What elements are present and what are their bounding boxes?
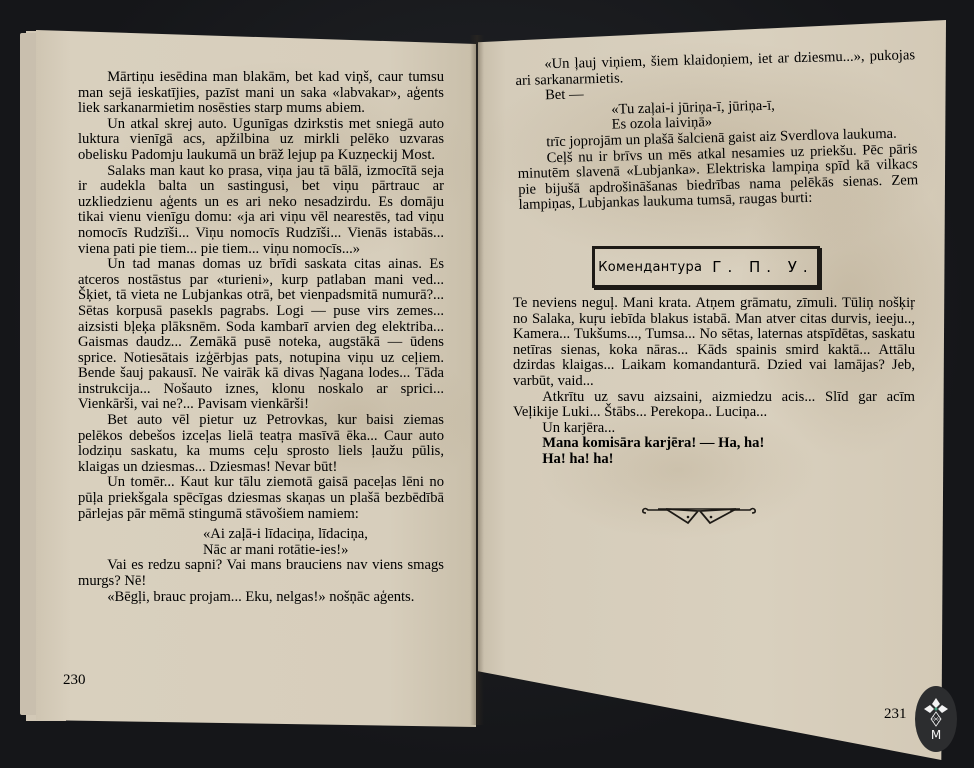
paragraph: Salaks man kaut ko prasa, viņa jau tā bā… [78,164,444,258]
paragraph: Bet auto vēl pietur uz Petrovkas, kur ba… [78,413,444,475]
watermark-letter: M [931,728,941,742]
flower-diamond-logo-icon: M [921,694,951,744]
paragraph: Un tomēr... Kaut kur tālu ziemotā gaisā … [78,475,444,522]
page-number-left: 230 [63,672,86,689]
paragraph: Mana komisāra karjēra! — Ha, ha! [513,436,915,452]
right-page-text-top: «Un ļauj viņiem, šiem klaidoņiem, iet ar… [515,48,919,214]
right-page-text-bottom: Te neviens neguļ. Mani krata. Atņem grām… [513,296,915,468]
paragraph: Un tad manas domas uz brīdi saskata cita… [78,257,444,413]
verse-line: Nāc ar mani rotātie-ies!» [78,543,444,559]
paragraph: Te neviens neguļ. Mani krata. Atņem grām… [513,296,915,390]
page-number-right: 231 [884,706,907,723]
paragraph: Mārtiņu iesēdina man blakām, bet kad viņ… [78,70,444,117]
left-page-text: Mārtiņu iesēdina man blakām, bet kad viņ… [78,70,444,605]
verse-line: «Ai zaļā-i līdaciņa, līdaciņa, [78,527,444,543]
paragraph: «Bēgļi, brauc projam... Eku, nelgas!» no… [78,590,444,606]
paragraph: Vai es redzu sapni? Vai mans brauciens n… [78,558,444,589]
book-gutter [470,35,484,725]
end-ornament-icon [640,503,758,531]
paragraph: Atkrītu uz savu aizsaini, aizmiedzu acis… [513,390,915,421]
sign-label: Комендантура [598,260,702,275]
sign-initials: Г. П. У. [712,258,813,276]
watermark-logo: M [915,686,957,752]
paragraph: Ha! ha! ha! [513,452,915,468]
paragraph: Un karjēra... [513,421,915,437]
gpu-sign-box: Комендантура Г. П. У. [592,246,820,288]
paragraph: Un atkal skrej auto. Ugunīgas dzirkstis … [78,117,444,164]
paragraph: Ceļš nu ir brīvs un mēs atkal nesamies u… [517,142,918,214]
